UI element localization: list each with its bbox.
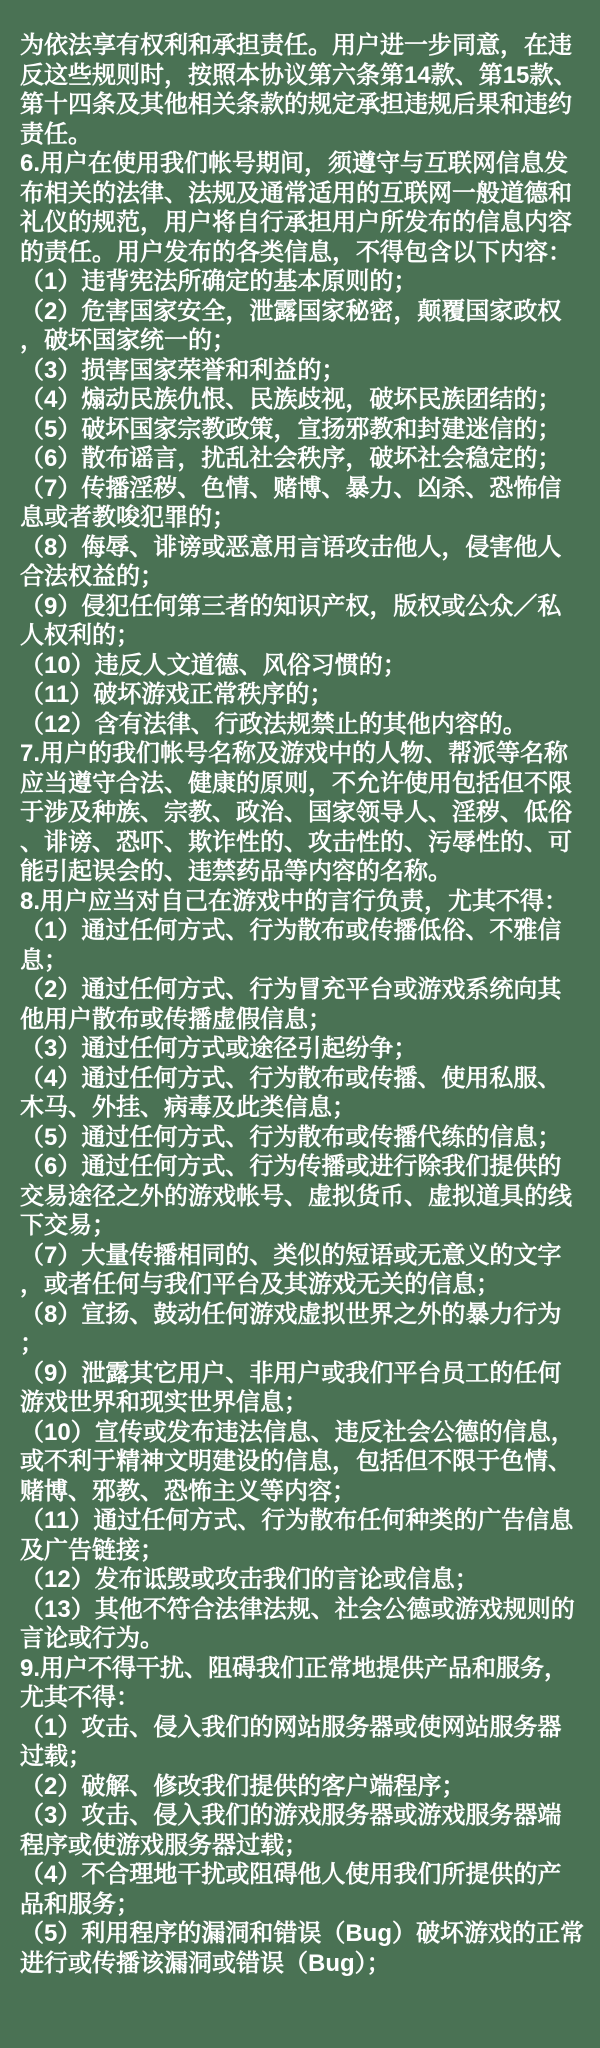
text-line: （8）宣扬、鼓动任何游戏虚拟世界之外的暴力行为 — [20, 1300, 586, 1330]
text-line: 礼仪的规范，用户将自行承担用户所发布的信息内容 — [20, 208, 586, 238]
text-line: （11）通过任何方式、行为散布任何种类的广告信息 — [20, 1506, 586, 1536]
text-line: 及广告链接； — [20, 1536, 586, 1566]
text-line: 第十四条及其他相关条款的规定承担违规后果和违约 — [20, 90, 586, 120]
text-line: 的责任。用户发布的各类信息，不得包含以下内容： — [20, 238, 586, 268]
text-line: 布相关的法律、法规及通常适用的互联网一般道德和 — [20, 179, 586, 209]
text-line: （5）破坏国家宗教政策，宣扬邪教和封建迷信的； — [20, 415, 586, 445]
text-line: 、诽谤、恐吓、欺诈性的、攻击性的、污辱性的、可 — [20, 828, 586, 858]
text-line: 应当遵守合法、健康的原则，不允许使用包括但不限 — [20, 769, 586, 799]
text-line: 息； — [20, 946, 586, 976]
text-line: 于涉及种族、宗教、政治、国家领导人、淫秽、低俗 — [20, 798, 586, 828]
text-line: 木马、外挂、病毒及此类信息； — [20, 1093, 586, 1123]
text-line: 尤其不得： — [20, 1683, 586, 1713]
text-line: 或不利于精神文明建设的信息，包括但不限于色情、 — [20, 1447, 586, 1477]
text-line: （5）通过任何方式、行为散布或传播代练的信息； — [20, 1123, 586, 1153]
text-line: ； — [20, 1329, 586, 1359]
agreement-text: 为依法享有权利和承担责任。用户进一步同意，在违反这些规则时，按照本协议第六条第1… — [20, 31, 586, 1978]
text-line: （3）损害国家荣誉和利益的； — [20, 356, 586, 386]
text-line: （11）破坏游戏正常秩序的； — [20, 680, 586, 710]
text-line: （10）宣传或发布违法信息、违反社会公德的信息， — [20, 1418, 586, 1448]
text-line: （9）泄露其它用户、非用户或我们平台员工的任何 — [20, 1359, 586, 1389]
text-line: （8）侮辱、诽谤或恶意用言语攻击他人，侵害他人 — [20, 533, 586, 563]
text-line: 合法权益的； — [20, 562, 586, 592]
text-line: 游戏世界和现实世界信息； — [20, 1388, 586, 1418]
agreement-page: 为依法享有权利和承担责任。用户进一步同意，在违反这些规则时，按照本协议第六条第1… — [0, 0, 600, 2048]
text-line: （4）不合理地干扰或阻碍他人使用我们所提供的产 — [20, 1860, 586, 1890]
text-line: ，破坏国家统一的； — [20, 326, 586, 356]
text-line: 为依法享有权利和承担责任。用户进一步同意，在违 — [20, 31, 586, 61]
text-line: （6）散布谣言，扰乱社会秩序，破坏社会稳定的； — [20, 444, 586, 474]
text-line: 反这些规则时，按照本协议第六条第14款、第15款、 — [20, 61, 586, 91]
text-line: 7.用户的我们帐号名称及游戏中的人物、帮派等名称 — [20, 739, 586, 769]
text-line: （4）通过任何方式、行为散布或传播、使用私服、 — [20, 1064, 586, 1094]
text-line: （6）通过任何方式、行为传播或进行除我们提供的 — [20, 1152, 586, 1182]
text-line: （1）违背宪法所确定的基本原则的； — [20, 267, 586, 297]
text-line: 进行或传播该漏洞或错误（Bug）； — [20, 1949, 586, 1979]
text-line: 责任。 — [20, 120, 586, 150]
text-line: （2）破解、修改我们提供的客户端程序； — [20, 1772, 586, 1802]
text-line: 赌博、邪教、恐怖主义等内容； — [20, 1477, 586, 1507]
text-line: 人权利的； — [20, 621, 586, 651]
text-line: （2）危害国家安全，泄露国家秘密，颠覆国家政权 — [20, 297, 586, 327]
text-line: （1）通过任何方式、行为散布或传播低俗、不雅信 — [20, 916, 586, 946]
text-line: 过载； — [20, 1742, 586, 1772]
text-line: （5）利用程序的漏洞和错误（Bug）破坏游戏的正常 — [20, 1919, 586, 1949]
text-line: 他用户散布或传播虚假信息； — [20, 1005, 586, 1035]
text-line: 言论或行为。 — [20, 1624, 586, 1654]
text-line: 9.用户不得干扰、阻碍我们正常地提供产品和服务， — [20, 1654, 586, 1684]
text-line: （2）通过任何方式、行为冒充平台或游戏系统向其 — [20, 975, 586, 1005]
text-line: （3）通过任何方式或途径引起纷争； — [20, 1034, 586, 1064]
text-line: 息或者教唆犯罪的； — [20, 503, 586, 533]
text-line: （7）传播淫秽、色情、赌博、暴力、凶杀、恐怖信 — [20, 474, 586, 504]
text-line: 品和服务； — [20, 1890, 586, 1920]
text-line: 6.用户在使用我们帐号期间，须遵守与互联网信息发 — [20, 149, 586, 179]
text-line: （13）其他不符合法律法规、社会公德或游戏规则的 — [20, 1595, 586, 1625]
text-line: （3）攻击、侵入我们的游戏服务器或游戏服务器端 — [20, 1801, 586, 1831]
text-line: 程序或使游戏服务器过载； — [20, 1831, 586, 1861]
text-line: （12）含有法律、行政法规禁止的其他内容的。 — [20, 710, 586, 740]
text-line: 能引起误会的、违禁药品等内容的名称。 — [20, 857, 586, 887]
text-line: （9）侵犯任何第三者的知识产权，版权或公众／私 — [20, 592, 586, 622]
text-line: （12）发布诋毁或攻击我们的言论或信息； — [20, 1565, 586, 1595]
text-line: （10）违反人文道德、风俗习惯的； — [20, 651, 586, 681]
text-line: 8.用户应当对自己在游戏中的言行负责，尤其不得： — [20, 887, 586, 917]
text-line: 下交易； — [20, 1211, 586, 1241]
text-line: （7）大量传播相同的、类似的短语或无意义的文字 — [20, 1241, 586, 1271]
text-line: （1）攻击、侵入我们的网站服务器或使网站服务器 — [20, 1713, 586, 1743]
text-line: ，或者任何与我们平台及其游戏无关的信息； — [20, 1270, 586, 1300]
text-line: （4）煽动民族仇恨、民族歧视，破坏民族团结的； — [20, 385, 586, 415]
text-line: 交易途径之外的游戏帐号、虚拟货币、虚拟道具的线 — [20, 1182, 586, 1212]
